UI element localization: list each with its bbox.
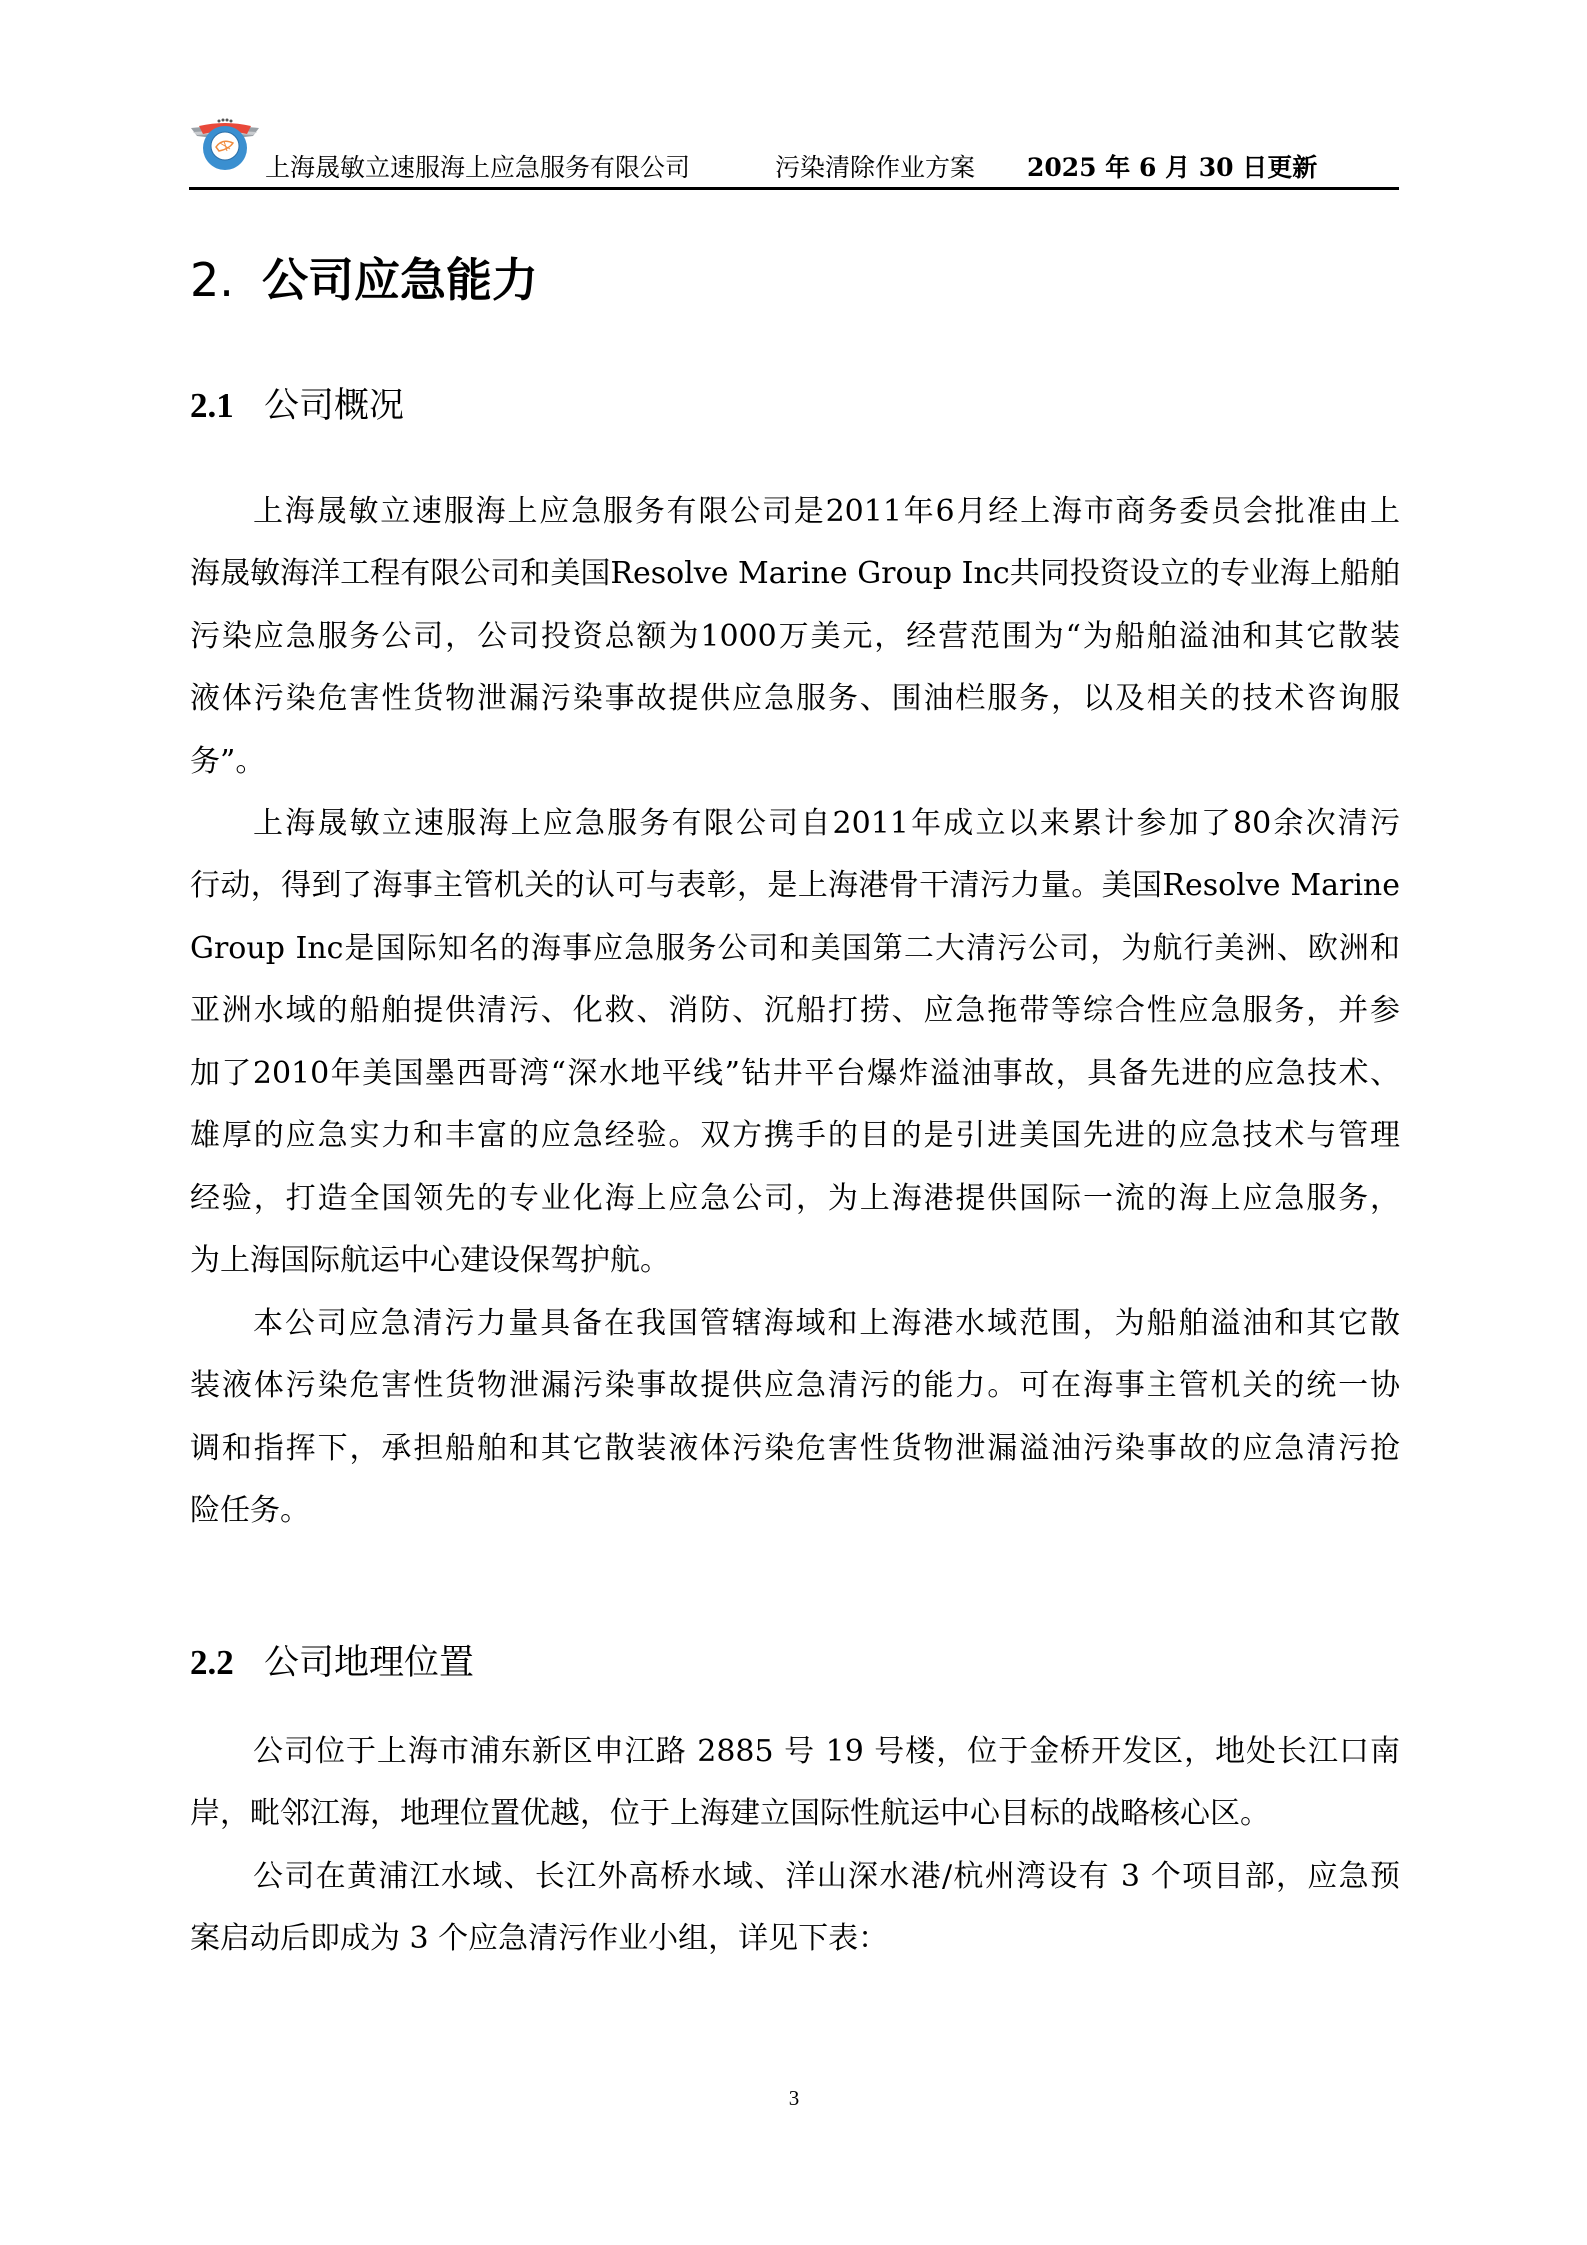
text-line: 海晟敏海洋工程有限公司和美国Resolve Marine Group Inc共同…: [190, 543, 1400, 605]
text-line: 亚洲水域的船舶提供清污、化救、消防、沉船打捞、应急拖带等综合性应急服务，并参: [190, 980, 1400, 1042]
text-line: 务”。: [190, 731, 1400, 793]
text-line: 上海晟敏立速服海上应急服务有限公司自2011年成立以来累计参加了80余次清污: [253, 793, 1400, 855]
section-number: 2.1: [190, 384, 264, 428]
text-line: 液体污染危害性货物泄漏污染事故提供应急服务、围油栏服务，以及相关的技术咨询服: [190, 668, 1400, 730]
text-line: 为上海国际航运中心建设保驾护航。: [190, 1230, 1400, 1292]
text-line: 险任务。: [190, 1480, 1400, 1542]
section-heading: 2.1公司概况: [190, 384, 404, 428]
document-page: 上海晟敏立速服海上应急服务有限公司 污染清除作业方案 2025 年 6 月 30…: [0, 0, 1587, 2245]
text-line: 行动，得到了海事主管机关的认可与表彰，是上海港骨干清污力量。美国Resolve …: [190, 855, 1400, 917]
text-line: 加了2010年美国墨西哥湾“深水地平线”钻井平台爆炸溢油事故，具备先进的应急技术…: [190, 1043, 1400, 1105]
text-line: 装液体污染危害性货物泄漏污染事故提供应急清污的能力。可在海事主管机关的统一协: [190, 1355, 1400, 1417]
section-heading: 2.2公司地理位置: [190, 1641, 474, 1685]
text-line: 本公司应急清污力量具备在我国管辖海域和上海港水域范围，为船舶溢油和其它散: [253, 1293, 1400, 1355]
text-line: 雄厚的应急实力和丰富的应急经验。双方携手的目的是引进美国先进的应急技术与管理: [190, 1105, 1400, 1167]
chapter-number: 2.: [190, 250, 262, 310]
text-line: 公司在黄浦江水域、长江外高桥水域、洋山深水港/杭州湾设有 3 个项目部，应急预: [253, 1846, 1400, 1908]
text-line: 污染应急服务公司，公司投资总额为1000万美元，经营范围为“为船舶溢油和其它散装: [190, 606, 1400, 668]
text-line: 岸，毗邻江海，地理位置优越，位于上海建立国际性航运中心目标的战略核心区。: [190, 1783, 1400, 1845]
section-title: 公司地理位置: [264, 1643, 474, 1683]
header-rule: [189, 187, 1399, 190]
header-document-title: 污染清除作业方案: [775, 152, 987, 184]
text-line: 案启动后即成为 3 个应急清污作业小组，详见下表：: [190, 1908, 1400, 1970]
header-update-date: 2025 年 6 月 30 日更新: [1027, 152, 1289, 184]
text-line: 上海晟敏立速服海上应急服务有限公司是2011年6月经上海市商务委员会批准由上: [253, 481, 1400, 543]
company-logo-icon: [189, 116, 261, 172]
text-line: 调和指挥下，承担船舶和其它散装液体污染危害性货物泄漏溢油污染事故的应急清污抢: [190, 1418, 1400, 1480]
section-number: 2.2: [190, 1641, 264, 1685]
section-title: 公司概况: [264, 386, 404, 426]
text-line: 经验，打造全国领先的专业化海上应急公司，为上海港提供国际一流的海上应急服务，: [190, 1168, 1400, 1230]
chapter-title: 公司应急能力: [262, 253, 538, 307]
text-line: Group Inc是国际知名的海事应急服务公司和美国第二大清污公司，为航行美洲、…: [190, 918, 1400, 980]
chapter-heading: 2.公司应急能力: [190, 250, 538, 310]
page-number: 3: [780, 2084, 808, 2112]
text-line: 公司位于上海市浦东新区申江路 2885 号 19 号楼，位于金桥开发区，地处长江…: [253, 1721, 1400, 1783]
header-company-name: 上海晟敏立速服海上应急服务有限公司: [265, 152, 727, 184]
